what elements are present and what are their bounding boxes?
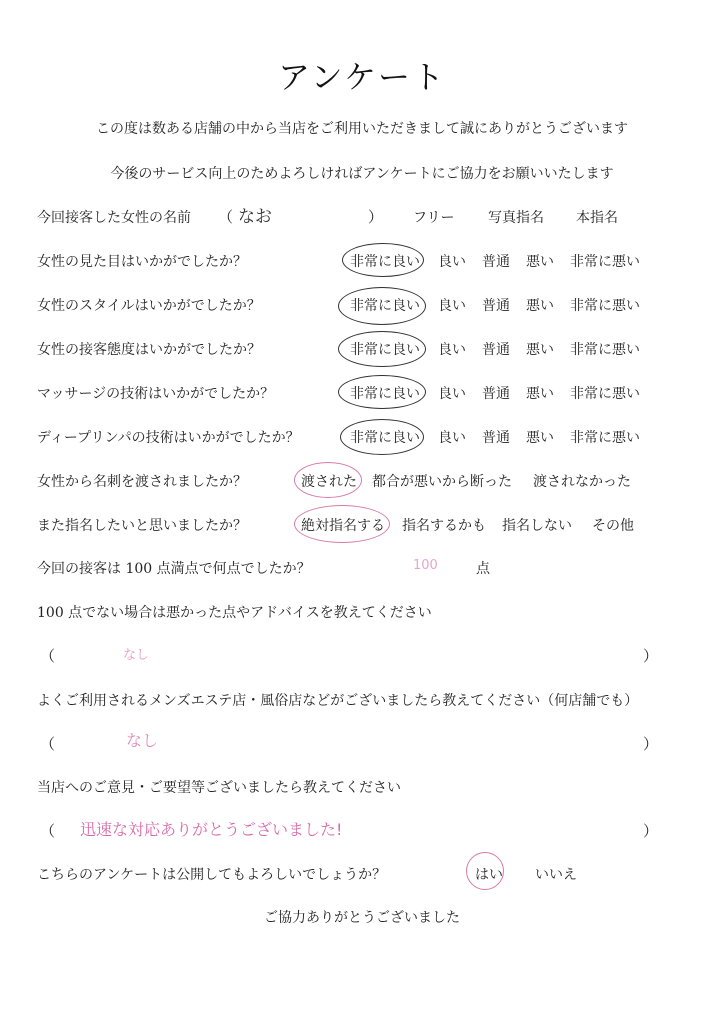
feedback-close-paren: ） (643, 820, 658, 841)
other-shops-question-label: よくご利用されるメンズエステ店・風俗店などがございましたら教えてください（何店舗… (37, 690, 638, 710)
feedback-open-paren: （ (40, 820, 55, 841)
name-open-paren: （ (218, 206, 233, 227)
name-label: 今回接客した女性の名前 (37, 207, 191, 227)
advice-field[interactable]: なし (123, 644, 149, 663)
option-very-good[interactable]: 非常に良い (350, 295, 420, 315)
option-very-bad[interactable]: 非常に悪い (570, 383, 640, 403)
option-average[interactable]: 普通 (482, 339, 510, 359)
feedback-field[interactable]: 迅速な対応ありがとうございました! (80, 817, 342, 840)
option-very-good[interactable]: 非常に良い (350, 251, 420, 271)
name-close-paren: ） (368, 206, 383, 227)
option-received[interactable]: 渡された (301, 471, 357, 491)
option-very-good[interactable]: 非常に良い (350, 383, 420, 403)
option-main-nomination[interactable]: 本指名 (576, 207, 618, 227)
option-bad[interactable]: 悪い (526, 427, 554, 447)
option-good[interactable]: 良い (438, 295, 466, 315)
option-no[interactable]: 指名しない (502, 515, 572, 535)
option-good[interactable]: 良い (438, 383, 466, 403)
advice-question-label: 100 点でない場合は悪かった点やアドバイスを教えてください (37, 602, 432, 622)
option-no[interactable]: いいえ (535, 864, 577, 884)
other-shops-open-paren: （ (40, 733, 55, 754)
option-maybe[interactable]: 指名するかも (402, 515, 486, 535)
card-question-label: 女性から名刺を渡されましたか？ (37, 471, 247, 491)
rating-question-label: 女性の接客態度はいかがでしたか？ (37, 339, 261, 359)
option-yes[interactable]: はい (475, 864, 503, 884)
option-definitely[interactable]: 絶対指名する (301, 515, 385, 535)
form-title: アンケート (0, 52, 724, 98)
rating-question-label: 女性の見た目はいかがでしたか？ (37, 251, 247, 271)
publish-question-label: こちらのアンケートは公開してもよろしいでしょうか？ (37, 864, 386, 884)
closing-message: ご協力ありがとうございました (0, 907, 724, 927)
other-shops-field[interactable]: なし (126, 728, 158, 751)
option-declined[interactable]: 都合が悪いから断った (372, 471, 512, 491)
score-unit: 点 (476, 558, 490, 578)
option-photo-nomination[interactable]: 写真指名 (488, 207, 544, 227)
advice-open-paren: （ (40, 645, 55, 666)
option-bad[interactable]: 悪い (526, 383, 554, 403)
option-average[interactable]: 普通 (482, 251, 510, 271)
option-average[interactable]: 普通 (482, 383, 510, 403)
option-good[interactable]: 良い (438, 427, 466, 447)
option-very-good[interactable]: 非常に良い (350, 339, 420, 359)
option-average[interactable]: 普通 (482, 427, 510, 447)
option-very-bad[interactable]: 非常に悪い (570, 295, 640, 315)
option-very-bad[interactable]: 非常に悪い (570, 427, 640, 447)
other-shops-close-paren: ） (643, 733, 658, 754)
score-question-label: 今回の接客は 100 点満点で何点でしたか？ (37, 558, 311, 578)
option-bad[interactable]: 悪い (526, 295, 554, 315)
intro-line-1: この度は数ある店舗の中から当店をご利用いただきまして誠にありがとうございます (0, 118, 724, 138)
option-average[interactable]: 普通 (482, 295, 510, 315)
option-bad[interactable]: 悪い (526, 339, 554, 359)
name-field[interactable]: なお (238, 202, 272, 227)
option-bad[interactable]: 悪い (526, 251, 554, 271)
rating-question-label: ディープリンパの技術はいかがでしたか？ (37, 427, 300, 447)
rating-question-label: マッサージの技術はいかがでしたか？ (37, 383, 274, 403)
rating-question-label: 女性のスタイルはいかがでしたか？ (37, 295, 261, 315)
option-good[interactable]: 良い (438, 339, 466, 359)
option-good[interactable]: 良い (438, 251, 466, 271)
option-free[interactable]: フリー (413, 207, 454, 227)
feedback-question-label: 当店へのご意見・ご要望等ございましたら教えてください (37, 777, 401, 797)
option-very-bad[interactable]: 非常に悪い (570, 339, 640, 359)
option-very-bad[interactable]: 非常に悪い (570, 251, 640, 271)
option-other[interactable]: その他 (592, 515, 634, 535)
repeat-question-label: また指名したいと思いましたか？ (37, 515, 247, 535)
option-not-received[interactable]: 渡されなかった (533, 471, 631, 491)
score-field[interactable]: 100 (413, 558, 438, 573)
option-very-good[interactable]: 非常に良い (350, 427, 420, 447)
intro-line-2: 今後のサービス向上のためよろしければアンケートにご協力をお願いいたします (0, 163, 724, 183)
advice-close-paren: ） (643, 645, 658, 666)
